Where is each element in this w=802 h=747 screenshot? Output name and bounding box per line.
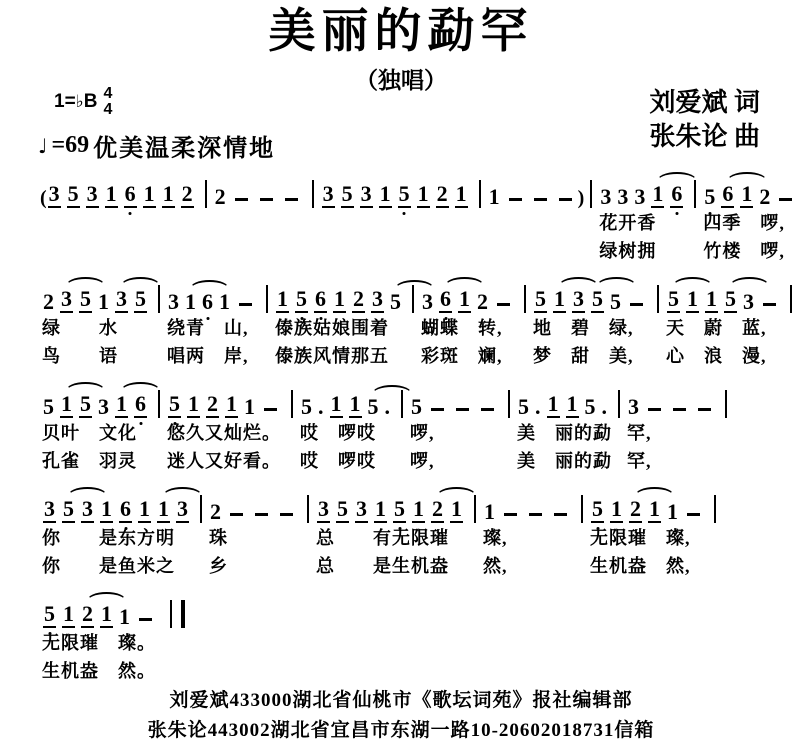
note: 5 <box>610 291 621 313</box>
low-octave-dot <box>206 317 209 320</box>
note: 1 <box>648 498 661 523</box>
verse-1-lyrics: 无限璀 璨。 <box>40 630 190 656</box>
song-title: 美丽的勐罕 <box>0 0 802 60</box>
note: 6 <box>670 183 683 208</box>
dash-extension <box>779 198 792 201</box>
note: 5 <box>43 603 56 628</box>
note: 5 <box>534 288 547 313</box>
measure: 3罕,罕, <box>625 378 732 474</box>
note: 1 <box>100 603 113 628</box>
measure-notes: 2 <box>212 168 319 208</box>
note: 6 <box>202 291 213 313</box>
note: 5 <box>667 288 680 313</box>
note: 2 <box>206 393 219 418</box>
measure-notes: 51355 <box>531 273 664 313</box>
note: 1 <box>105 183 118 208</box>
verse-2-lyrics: 美 丽的勐 <box>515 448 625 474</box>
measure-notes: 3612 <box>419 273 531 313</box>
meter-numerator: 4 <box>103 86 112 102</box>
note: 5 <box>585 396 596 418</box>
note: 3 <box>422 291 433 313</box>
close-paren: ) <box>578 188 585 208</box>
verse-2-lyrics <box>212 238 319 264</box>
quarter-note-icon: ♩ <box>38 134 47 158</box>
score: (353161122353151211)33316花开香绿树拥5612四季 啰,… <box>0 168 802 684</box>
measure: 2珠乡 <box>207 483 314 579</box>
barline <box>725 390 727 418</box>
note: 1 <box>489 186 500 208</box>
note: 3 <box>371 288 384 313</box>
score-line: (353161122353151211)33316花开香绿树拥5612四季 啰,… <box>40 168 794 264</box>
sheet-header: 美丽的勐罕 （独唱） 1=♭B 4 4 刘爱斌 词 张朱论 曲 ♩ =69 优美… <box>0 0 802 168</box>
dash-extension <box>534 198 547 201</box>
verse-2-lyrics: 生机盎 然。 <box>40 658 190 684</box>
verse-1-lyrics: 绿 水 <box>40 315 165 341</box>
composer-address: 张朱论443002湖北省宜昌市东湖一路10-20602018731信箱 <box>0 716 802 745</box>
measure: 235135绿 水鸟 语 <box>40 273 165 369</box>
note: 1 <box>100 498 113 523</box>
note: 1 <box>379 183 392 208</box>
note: 6 <box>124 183 137 208</box>
verse-1-lyrics: 璨, <box>481 525 588 551</box>
verse-1-lyrics: 蝴蝶 转, <box>419 315 531 341</box>
composer-credit: 张朱论 曲 <box>649 120 760 154</box>
note: 1 <box>740 183 753 208</box>
note: 1 <box>610 498 623 523</box>
note: 1 <box>187 393 200 418</box>
note: 1 <box>333 288 346 313</box>
note: 1 <box>412 498 425 523</box>
note: 1 <box>455 183 468 208</box>
score-line: 35316113你 是东方明你 是鱼米之2珠乡35315121总 有无限璀总 是… <box>40 483 794 579</box>
measure: 5612四季 啰,竹楼 啰, <box>701 168 802 264</box>
note: 1 <box>553 288 566 313</box>
note: 3 <box>115 288 128 313</box>
key-signature: 1=♭B 4 4 <box>54 86 112 118</box>
measure: 5啰,啰, <box>408 378 515 474</box>
measure-notes: 5.115. <box>298 378 408 418</box>
verse-1-lyrics: 啰, <box>408 420 515 446</box>
measure: 1) <box>486 168 598 264</box>
note: 2 <box>477 291 488 313</box>
dash-extension <box>235 198 248 201</box>
measure: 5.115.哎 啰哎哎 啰哎 <box>298 378 408 474</box>
note: 3 <box>43 498 56 523</box>
note: 5 <box>62 498 75 523</box>
measure: 1561235傣族姑娘围着傣族风情那五 <box>273 273 419 369</box>
barline <box>266 285 268 313</box>
barline <box>714 495 716 523</box>
measure: 515316贝叶 文化孔雀 羽灵 <box>40 378 165 474</box>
measure-notes: 1561235 <box>273 273 419 313</box>
verse-1-lyrics: 贝叶 文化 <box>40 420 165 446</box>
verse-1-lyrics: 无限璀 璨, <box>588 525 721 551</box>
measure-notes: 2 <box>207 483 314 523</box>
verse-1-lyrics: 绕青 山, <box>165 315 273 341</box>
measure-notes: 515316 <box>40 378 165 418</box>
note: 1 <box>143 183 156 208</box>
note: 5 <box>398 183 411 208</box>
note: 1 <box>115 393 128 418</box>
note: 3 <box>355 498 368 523</box>
measure: 51153天 蔚 蓝,心 浪 漫, <box>664 273 797 369</box>
verse-2-lyrics: 总 是生机盎 <box>314 553 481 579</box>
low-octave-dot <box>129 212 132 215</box>
dash-extension <box>763 303 776 306</box>
note: 3 <box>572 288 585 313</box>
verse-1-lyrics: 傣族姑娘围着 <box>273 315 419 341</box>
barline <box>158 285 160 313</box>
note: 1 <box>484 501 495 523</box>
barline <box>657 285 659 313</box>
measure: 51211无限璀 璨。生机盎 然。 <box>40 588 190 684</box>
low-octave-dot <box>300 317 303 320</box>
note: 1 <box>458 288 471 313</box>
note: 1 <box>276 288 289 313</box>
note: 5 <box>341 183 354 208</box>
tempo-marking: ♩ =69 优美温柔深情地 <box>38 128 275 163</box>
note: 3 <box>360 183 373 208</box>
dash-extension <box>509 198 522 201</box>
note: 6 <box>134 393 147 418</box>
dash-extension <box>239 303 252 306</box>
note: 1 <box>566 393 579 418</box>
note: 1 <box>62 603 75 628</box>
augmentation-dot: . <box>385 396 391 418</box>
note: 1 <box>219 291 230 313</box>
score-line: 515316贝叶 文化孔雀 羽灵51211悠久又灿烂。迷人又好看。5.115.哎… <box>40 378 794 474</box>
note: 2 <box>215 186 226 208</box>
verse-2-lyrics: 唱两 岸, <box>165 343 273 369</box>
low-octave-dot <box>675 212 678 215</box>
measure: 35315121总 有无限璀总 是生机盎 <box>314 483 481 579</box>
dash-extension <box>264 408 277 411</box>
note: 1 <box>60 393 73 418</box>
note: 1 <box>119 606 130 628</box>
barline <box>618 390 620 418</box>
dash-extension <box>529 513 542 516</box>
score-line: 235135绿 水鸟 语3161绕青 山,唱两 岸,1561235傣族姑娘围着傣… <box>40 273 794 369</box>
note: 6 <box>119 498 132 523</box>
dash-extension <box>698 408 711 411</box>
note: 5 <box>295 288 308 313</box>
verse-2-lyrics: 彩斑 斓, <box>419 343 531 369</box>
dash-extension <box>687 513 700 516</box>
low-octave-dot <box>403 212 406 215</box>
note: 3 <box>628 396 639 418</box>
low-octave-dot <box>124 527 127 530</box>
verse-2-lyrics <box>40 238 212 264</box>
dash-extension <box>559 198 572 201</box>
note: 5 <box>134 288 147 313</box>
low-octave-dot <box>596 527 599 530</box>
barline <box>291 390 293 418</box>
measure-notes: 51211 <box>588 483 721 523</box>
measure: 3612蝴蝶 转,彩斑 斓, <box>419 273 531 369</box>
flat-icon: ♭ <box>76 92 84 112</box>
verse-2-lyrics: 乡 <box>207 553 314 579</box>
measure-notes: 1) <box>486 168 598 208</box>
note: 2 <box>431 498 444 523</box>
low-octave-dot <box>48 632 51 635</box>
note: 1 <box>374 498 387 523</box>
verse-2-lyrics: 孔雀 羽灵 <box>40 448 165 474</box>
lyricist-credit: 刘爱斌 词 <box>649 86 760 120</box>
measure-notes: 35316113 <box>40 483 207 523</box>
barline <box>200 495 202 523</box>
measure: 1璨,然, <box>481 483 588 579</box>
note: 5 <box>518 396 529 418</box>
note: 2 <box>352 288 365 313</box>
dash-extension <box>630 303 643 306</box>
barline <box>158 390 160 418</box>
note: 1 <box>244 396 255 418</box>
note: 3 <box>617 186 628 208</box>
measure-notes: 3 <box>625 378 732 418</box>
barline <box>307 495 309 523</box>
dash-extension <box>456 408 469 411</box>
dash-extension <box>285 198 298 201</box>
measure: 5.115.美 丽的勐美 丽的勐 <box>515 378 625 474</box>
note: 1 <box>157 498 170 523</box>
verse-1-lyrics: 美 丽的勐 <box>515 420 625 446</box>
verse-1-lyrics: 天 蔚 蓝, <box>664 315 797 341</box>
note: 5 <box>591 498 604 523</box>
note: 1 <box>330 393 343 418</box>
verse-2-lyrics: 迷人又好看。 <box>165 448 298 474</box>
note: 5 <box>79 288 92 313</box>
credits: 刘爱斌 词 张朱论 曲 <box>649 86 760 154</box>
low-octave-dot <box>444 317 447 320</box>
note: 5 <box>724 288 737 313</box>
verse-2-lyrics: 然, <box>481 553 588 579</box>
verse-2-lyrics <box>319 238 486 264</box>
key-text: 1=♭B <box>54 91 97 113</box>
measure: 35315121 <box>319 168 486 264</box>
note: 3 <box>634 186 645 208</box>
barline <box>694 180 696 208</box>
note: 5 <box>591 288 604 313</box>
note: 1 <box>417 183 430 208</box>
dash-extension <box>139 618 152 621</box>
note: 3 <box>86 183 99 208</box>
lyricist-address: 刘爱斌433000湖北省仙桃市《歌坛词苑》报社编辑部 <box>0 686 802 715</box>
note: 3 <box>98 396 109 418</box>
open-paren: ( <box>40 188 47 208</box>
measure-notes: 35315121 <box>319 168 486 208</box>
measure: 2 <box>212 168 319 264</box>
low-octave-dot <box>139 422 142 425</box>
measure-notes: 3161 <box>165 273 273 313</box>
verse-2-lyrics: 竹楼 啰, <box>701 238 802 264</box>
note: 1 <box>162 183 175 208</box>
footer-contact: 刘爱斌433000湖北省仙桃市《歌坛词苑》报社编辑部 张朱论443002湖北省宜… <box>0 686 802 745</box>
measure-notes: 51211 <box>165 378 298 418</box>
barline <box>312 180 314 208</box>
verse-1-lyrics: 珠 <box>207 525 314 551</box>
note: 5 <box>411 396 422 418</box>
dash-extension <box>431 408 444 411</box>
verse-1-lyrics: 悠久又灿烂。 <box>165 420 298 446</box>
low-octave-dot <box>708 212 711 215</box>
barline <box>474 495 476 523</box>
final-barline <box>170 600 185 628</box>
measure-notes: 235135 <box>40 273 165 313</box>
measure-notes: 35315121 <box>314 483 481 523</box>
verse-1-lyrics <box>212 210 319 236</box>
note: 1 <box>705 288 718 313</box>
note: 2 <box>629 498 642 523</box>
note: 1 <box>651 183 664 208</box>
note: 2 <box>210 501 221 523</box>
note: 3 <box>743 291 754 313</box>
verse-2-lyrics: 心 浪 漫, <box>664 343 797 369</box>
note: 3 <box>176 498 189 523</box>
measure: 3161绕青 山,唱两 岸, <box>165 273 273 369</box>
time-signature: 4 4 <box>103 86 112 118</box>
measure: 35316113你 是东方明你 是鱼米之 <box>40 483 207 579</box>
dash-extension <box>554 513 567 516</box>
note: 1 <box>349 393 362 418</box>
note: 3 <box>322 183 335 208</box>
verse-2-lyrics: 罕, <box>625 448 732 474</box>
note: 2 <box>759 186 770 208</box>
note: 2 <box>436 183 449 208</box>
note: 6 <box>439 288 452 313</box>
augmentation-dot: . <box>602 396 608 418</box>
note: 2 <box>81 603 94 628</box>
note: 5 <box>301 396 312 418</box>
measure-notes: 5 <box>408 378 515 418</box>
verse-1-lyrics: 罕, <box>625 420 732 446</box>
barline <box>524 285 526 313</box>
measure: 51211无限璀 璨,生机盎 然, <box>588 483 721 579</box>
verse-2-lyrics: 鸟 语 <box>40 343 165 369</box>
verse-2-lyrics: 你 是鱼米之 <box>40 553 207 579</box>
note: 3 <box>168 291 179 313</box>
expression-text: 优美温柔深情地 <box>93 128 275 163</box>
measure: 33316花开香绿树拥 <box>597 168 701 264</box>
note: 1 <box>547 393 560 418</box>
measure-notes: 1 <box>481 483 588 523</box>
verse-2-lyrics: 梦 甜 美, <box>531 343 664 369</box>
verse-1-lyrics: 四季 啰, <box>701 210 802 236</box>
barline <box>508 390 510 418</box>
note: 1 <box>450 498 463 523</box>
dash-extension <box>497 303 510 306</box>
low-octave-dot <box>319 317 322 320</box>
dash-extension <box>504 513 517 516</box>
measure-notes: 5.115. <box>515 378 625 418</box>
note: 5 <box>79 393 92 418</box>
note: 5 <box>368 396 379 418</box>
dash-extension <box>255 513 268 516</box>
verse-2-lyrics: 啰, <box>408 448 515 474</box>
note: 3 <box>600 186 611 208</box>
measure-notes: 33316 <box>597 168 701 208</box>
measure-notes: (35316112 <box>40 168 212 208</box>
verse-2-lyrics: 哎 啰哎 <box>298 448 408 474</box>
note: 1 <box>225 393 238 418</box>
measure: (35316112 <box>40 168 212 264</box>
low-octave-dot <box>173 422 176 425</box>
note: 1 <box>185 291 196 313</box>
barline <box>479 180 481 208</box>
measure: 51211悠久又灿烂。迷人又好看。 <box>165 378 298 474</box>
note: 5 <box>43 396 54 418</box>
note: 3 <box>81 498 94 523</box>
meter-denominator: 4 <box>103 102 112 118</box>
augmentation-dot: . <box>535 396 541 418</box>
note: 5 <box>704 186 715 208</box>
note: 1 <box>686 288 699 313</box>
dash-extension <box>673 408 686 411</box>
verse-1-lyrics: 地 碧 绿, <box>531 315 664 341</box>
dash-extension <box>280 513 293 516</box>
verse-1-lyrics <box>486 210 598 236</box>
measure-notes: 51153 <box>664 273 797 313</box>
note: 5 <box>67 183 80 208</box>
note: 5 <box>168 393 181 418</box>
note: 3 <box>317 498 330 523</box>
barline <box>581 495 583 523</box>
note: 3 <box>48 183 61 208</box>
note: 2 <box>43 291 54 313</box>
note: 6 <box>721 183 734 208</box>
barline <box>790 285 792 313</box>
verse-2-lyrics <box>486 238 598 264</box>
note: 1 <box>138 498 151 523</box>
note: 6 <box>314 288 327 313</box>
dash-extension <box>648 408 661 411</box>
note: 5 <box>336 498 349 523</box>
verse-1-lyrics: 哎 啰哎 <box>298 420 408 446</box>
measure-notes: 5612 <box>701 168 802 208</box>
barline <box>205 180 207 208</box>
note: 2 <box>181 183 194 208</box>
verse-2-lyrics: 傣族风情那五 <box>273 343 419 369</box>
note: 5 <box>393 498 406 523</box>
barline <box>590 180 592 208</box>
dash-extension <box>230 513 243 516</box>
low-octave-dot <box>398 527 401 530</box>
note: 1 <box>667 501 678 523</box>
dash-extension <box>260 198 273 201</box>
verse-2-lyrics: 生机盎 然, <box>588 553 721 579</box>
tempo-value: =69 <box>51 132 89 159</box>
note: 3 <box>60 288 73 313</box>
note: 5 <box>390 291 401 313</box>
augmentation-dot: . <box>318 396 324 418</box>
verse-2-lyrics: 绿树拥 <box>597 238 701 264</box>
dash-extension <box>481 408 494 411</box>
score-line: 51211无限璀 璨。生机盎 然。 <box>40 588 794 684</box>
note: 1 <box>98 291 109 313</box>
measure: 51355地 碧 绿,梦 甜 美, <box>531 273 664 369</box>
verse-1-lyrics: 花开香 <box>597 210 701 236</box>
verse-1-lyrics <box>40 210 212 236</box>
measure-notes: 51211 <box>40 588 190 628</box>
